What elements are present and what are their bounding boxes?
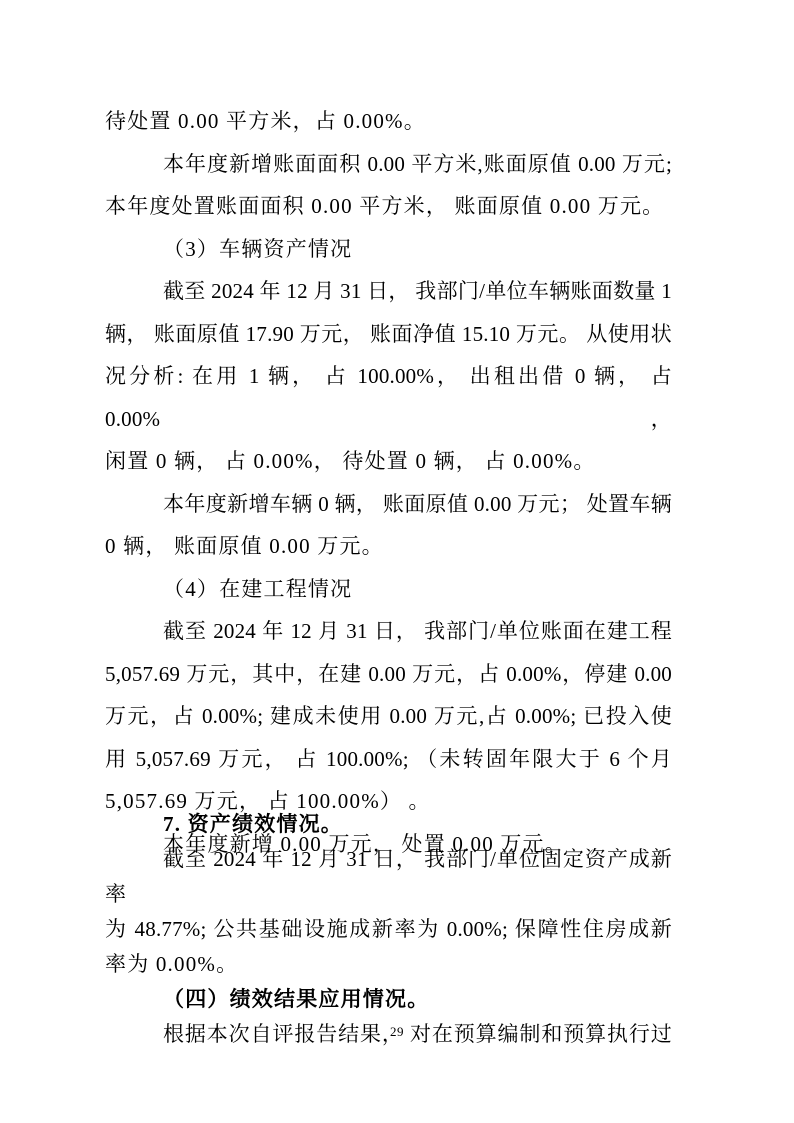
page-number: 29 (0, 1024, 794, 1040)
text-line: 况分析: 在用 1 辆， 占 100.00%， 出租出借 0 辆， 占 0.00… (105, 355, 672, 440)
text-line: 率为 0.00%。 (105, 947, 672, 982)
text-line: 万元，占 0.00%; 建成未使用 0.00 万元,占 0.00%; 已投入使 (105, 695, 672, 738)
text-line: 闲置 0 辆， 占 0.00%， 待处置 0 辆， 占 0.00%。 (105, 440, 672, 483)
heading-line: （四）绩效结果应用情况。 (105, 982, 672, 1017)
text-line: 本年度新增车辆 0 辆， 账面原值 0.00 万元； 处置车辆 (105, 483, 672, 526)
text-line: 截至 2024 年 12 月 31 日， 我部门/单位固定资产成新率 (105, 842, 672, 912)
document-page: 待处置 0.00 平方米，占 0.00%。本年度新增账面面积 0.00 平方米,… (0, 0, 794, 1123)
text-line: （3）车辆资产情况 (105, 228, 672, 271)
text-line: 本年度处置账面面积 0.00 平方米， 账面原值 0.00 万元。 (105, 185, 672, 228)
text-line: 用 5,057.69 万元， 占 100.00%; （未转固年限大于 6 个月 (105, 738, 672, 781)
section-asset-status: 待处置 0.00 平方米，占 0.00%。本年度新增账面面积 0.00 平方米,… (105, 100, 672, 865)
text-line: 5,057.69 万元，其中，在建 0.00 万元，占 0.00%，停建 0.0… (105, 653, 672, 696)
text-line: 待处置 0.00 平方米，占 0.00%。 (105, 100, 672, 143)
text-line: 本年度新增账面面积 0.00 平方米,账面原值 0.00 万元; (105, 143, 672, 186)
text-line: 为 48.77%; 公共基础设施成新率为 0.00%; 保障性住房成新 (105, 912, 672, 947)
text-line: 辆， 账面原值 17.90 万元， 账面净值 15.10 万元。 从使用状 (105, 313, 672, 356)
text-line: 截至 2024 年 12 月 31 日， 我部门/单位账面在建工程 (105, 610, 672, 653)
text-line: （4）在建工程情况 (105, 568, 672, 611)
text-line: 0 辆， 账面原值 0.00 万元。 (105, 525, 672, 568)
section-performance: 7. 资产绩效情况。截至 2024 年 12 月 31 日， 我部门/单位固定资… (105, 807, 672, 1052)
heading-line: 7. 资产绩效情况。 (105, 807, 672, 842)
text-line: 截至 2024 年 12 月 31 日， 我部门/单位车辆账面数量 1 (105, 270, 672, 313)
